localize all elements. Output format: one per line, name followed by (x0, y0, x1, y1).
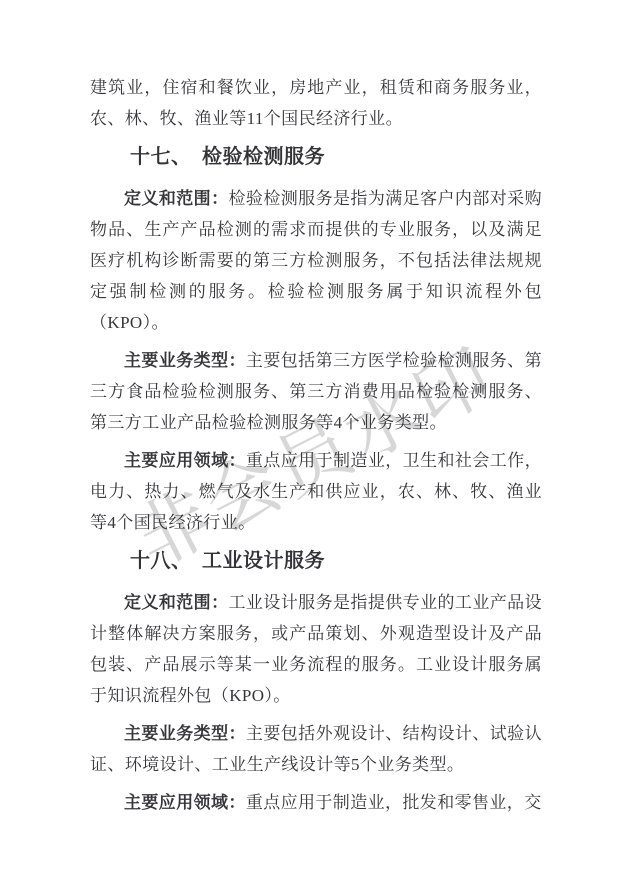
paragraph-definition-scope-17: 定义和范围：检验检测服务是指为满足客户内部对采购物品、生产产品检测的需求而提供的… (90, 183, 542, 338)
paragraph-business-types-18: 主要业务类型：主要包括外观设计、结构设计、试验认证、环境设计、工业生产线设计等5… (90, 718, 542, 780)
paragraph-label: 主要业务类型： (124, 724, 246, 743)
paragraph-label: 主要业务类型： (124, 351, 246, 370)
document-page: 非会员水印 建筑业，住宿和餐饮业，房地产业，租赁和商务服务业，农、林、牧、渔业等… (0, 0, 620, 877)
section-heading-17: 十七、 检验检测服务 (90, 142, 542, 173)
paragraph-label: 主要应用领域： (124, 793, 246, 812)
paragraph-text: 检验检测服务是指为满足客户内部对采购物品、生产产品检测的需求而提供的专业服务，以… (90, 189, 542, 332)
paragraph-application-fields-18: 主要应用领域：重点应用于制造业，批发和零售业，交 (90, 787, 542, 818)
document-content: 建筑业，住宿和餐饮业，房地产业，租赁和商务服务业，农、林、牧、渔业等11个国民经… (90, 72, 542, 825)
paragraph-label: 主要应用领域： (124, 451, 246, 470)
section-heading-18: 十八、 工业设计服务 (90, 546, 542, 577)
paragraph-label: 定义和范围： (124, 593, 229, 612)
paragraph-business-types-17: 主要业务类型：主要包括第三方医学检验检测服务、第三方食品检验检测服务、第三方消费… (90, 345, 542, 438)
paragraph-definition-scope-18: 定义和范围：工业设计服务是指提供专业的工业产品设计整体解决方案服务，或产品策划、… (90, 587, 542, 711)
paragraph-application-fields-17: 主要应用领域：重点应用于制造业，卫生和社会工作，电力、热力、燃气及水生产和供应业… (90, 445, 542, 538)
paragraph-text: 重点应用于制造业，批发和零售业，交 (246, 793, 542, 812)
paragraph-label: 定义和范围： (124, 189, 229, 208)
paragraph-continuation: 建筑业，住宿和餐饮业，房地产业，租赁和商务服务业，农、林、牧、渔业等11个国民经… (90, 72, 542, 134)
